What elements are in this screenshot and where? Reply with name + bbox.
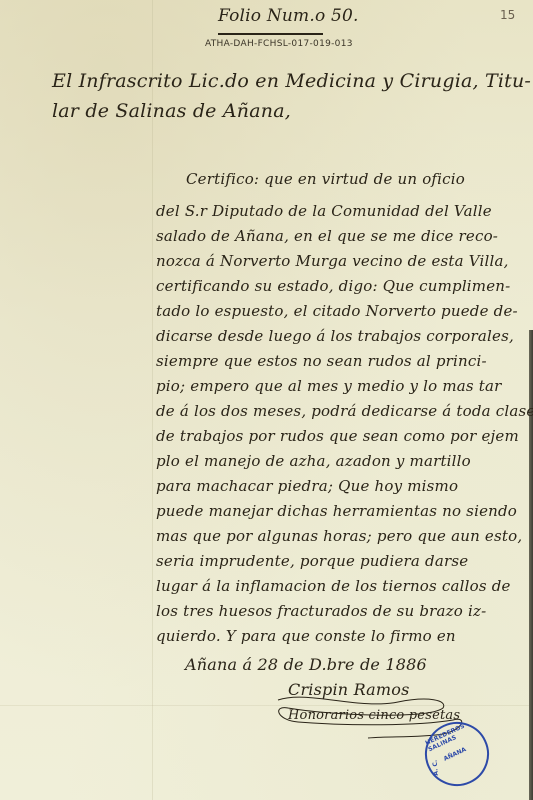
body-line: plo el manejo de azha, azadon y martillo [156, 452, 471, 470]
document-page: Folio Num.o 50. 15 ATHA-DAH-FCHSL-017-01… [0, 0, 533, 800]
body-line: pio; empero que al mes y medio y lo mas … [156, 377, 502, 395]
body-line: lugar á la inflamacion de los tiernos ca… [156, 577, 511, 595]
intro-line: lar de Salinas de Añana, [52, 100, 291, 122]
body-line: salado de Añana, en el que se me dice re… [156, 227, 498, 245]
body-line: de á los dos meses, podrá dedicarse á to… [156, 402, 533, 420]
body-line: seria imprudente, porque pudiera darse [156, 552, 468, 570]
header-underline [218, 33, 323, 35]
body-line: certificando su estado, digo: Que cumpli… [156, 277, 510, 295]
body-line: quierdo. Y para que conste lo firmo en [156, 627, 456, 645]
body-line: nozca á Norverto Murga vecino de esta Vi… [156, 252, 509, 270]
folio-header: Folio Num.o 50. [218, 6, 359, 26]
stamp-text-left: A. C. [432, 760, 440, 776]
body-line: tado lo espuesto, el citado Norverto pue… [156, 302, 518, 320]
archive-reference: ATHA-DAH-FCHSL-017-019-013 [205, 39, 353, 49]
stamp-text-center: AÑANA [443, 746, 468, 762]
intro-line: El Infrascrito Lic.do en Medicina y Ciru… [52, 70, 531, 92]
page-edge-shadow [529, 330, 533, 800]
page-number: 15 [500, 8, 515, 22]
body-line: para machacar piedra; Que hoy mismo [156, 477, 458, 495]
body-line: siempre que estos no sean rudos al princ… [156, 352, 487, 370]
date-line: Añana á 28 de D.bre de 1886 [185, 655, 427, 674]
body-line: puede manejar dichas herramientas no sie… [156, 502, 517, 520]
body-line: dicarse desde luego á los trabajos corpo… [156, 327, 514, 345]
body-line: de trabajos por rudos que sean como por … [156, 427, 519, 445]
fee-note: Honorarios cinco pesetas [288, 708, 460, 723]
body-line: Certifico: que en virtud de un oficio [186, 170, 465, 188]
body-line: los tres huesos fracturados de su brazo … [156, 602, 486, 620]
body-line: mas que por algunas horas; pero que aun … [156, 527, 522, 545]
body-line: del S.r Diputado de la Comunidad del Val… [156, 202, 492, 220]
